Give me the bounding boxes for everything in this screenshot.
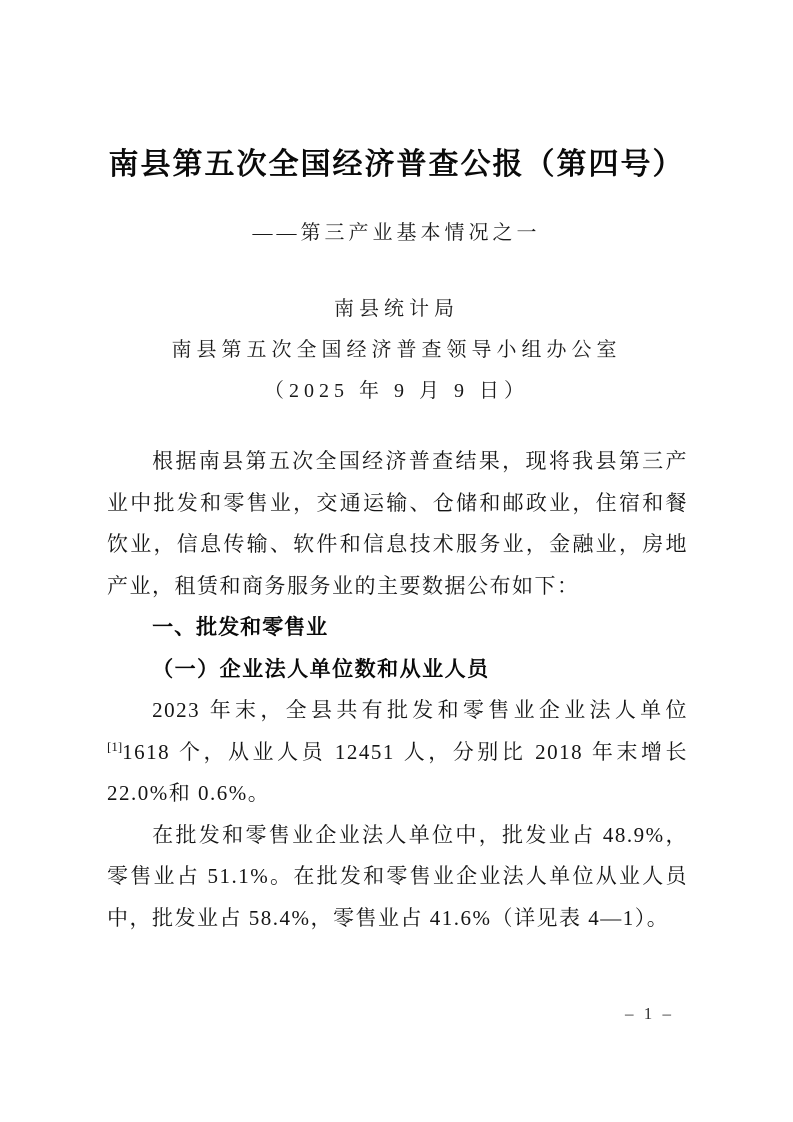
- document-title: 南县第五次全国经济普查公报（第四号）: [0, 143, 793, 187]
- footnote-marker-1: [1]: [107, 739, 122, 754]
- document-body: 根据南县第五次全国经济普查结果，现将我县第三产业中批发和零售业，交通运输、仓储和…: [0, 441, 793, 939]
- issuer-census-leading-group-office: 南县第五次全国经济普查领导小组办公室: [0, 330, 793, 371]
- section-heading-wholesale-retail: 一、批发和零售业: [107, 607, 688, 649]
- paragraph-unit-counts: 2023 年末，全县共有批发和零售业企业法人单位[1]1618 个，从业人员 1…: [107, 690, 688, 815]
- document-page: 南县第五次全国经济普查公报（第四号） ——第三产业基本情况之一 南县统计局 南县…: [0, 0, 793, 1122]
- paragraph-unit-counts-continued: 1618 个，从业人员 12451 人，分别比 2018 年末增长 22.0%和…: [107, 740, 688, 806]
- page-number: – 1 –: [625, 1001, 674, 1027]
- paragraph-sector-shares: 在批发和零售业企业法人单位中，批发业占 48.9%，零售业占 51.1%。在批发…: [107, 815, 688, 940]
- intro-paragraph: 根据南县第五次全国经济普查结果，现将我县第三产业中批发和零售业，交通运输、仓储和…: [107, 441, 688, 607]
- issuer-block: 南县统计局 南县第五次全国经济普查领导小组办公室 （2025 年 9 月 9 日…: [0, 289, 793, 412]
- issuer-statistics-bureau: 南县统计局: [0, 289, 793, 330]
- paragraph-unit-counts-text: 2023 年末，全县共有批发和零售业企业法人单位: [152, 698, 688, 722]
- subsection-heading-legal-entities-employees: （一）企业法人单位数和从业人员: [107, 649, 688, 691]
- publication-date: （2025 年 9 月 9 日）: [0, 371, 793, 412]
- document-subtitle: ——第三产业基本情况之一: [0, 219, 793, 247]
